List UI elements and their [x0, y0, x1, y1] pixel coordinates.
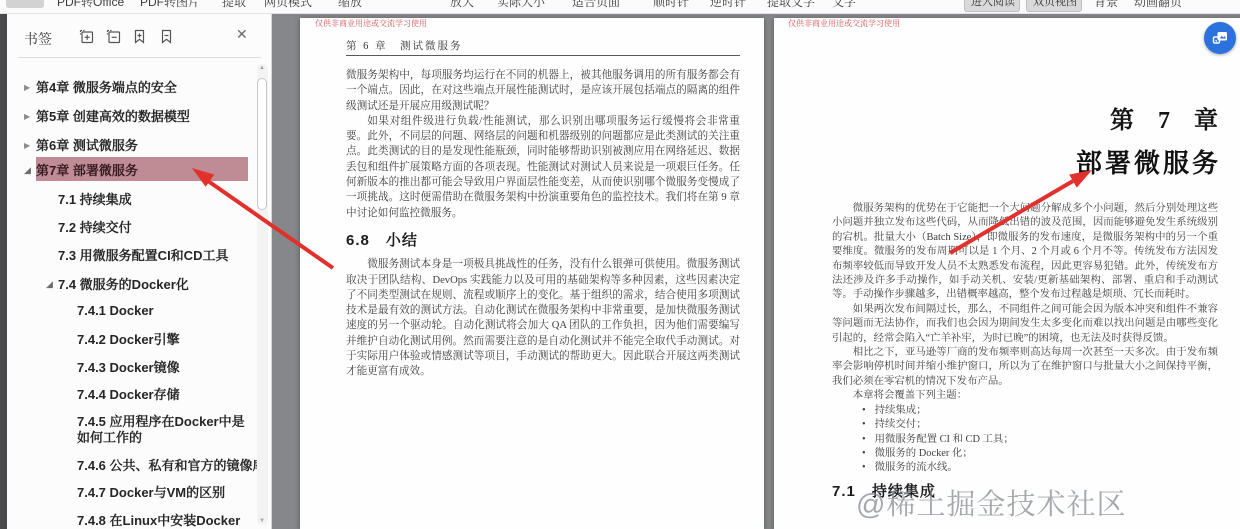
- floating-image-tool-button[interactable]: [1204, 22, 1236, 54]
- topic-item: 持续交付；: [862, 418, 1218, 432]
- topics-intro: 本章将会覆盖下列主题：: [832, 389, 1218, 403]
- remove-bookmark-icon[interactable]: [158, 28, 175, 45]
- toolbar-two-page-view-button[interactable]: 双页视图: [1026, 0, 1082, 12]
- image-translate-icon: [1211, 29, 1229, 47]
- sidebar-item-chapter6[interactable]: 第6章 测试微服务: [7, 134, 138, 154]
- toolbar-zoom[interactable]: 缩放: [338, 0, 362, 10]
- expand-all-icon[interactable]: [78, 28, 95, 45]
- sidebar-item-7-4-1[interactable]: 7.4.1 Docker: [7, 300, 154, 320]
- toolbar-enter-read-button[interactable]: 进入阅读: [964, 0, 1020, 12]
- toolbar-pdf-to-image[interactable]: PDF转图片: [140, 0, 200, 10]
- add-bookmark-icon[interactable]: [131, 28, 148, 45]
- paragraph: 如果对组件级进行负载/性能测试，那么识别出哪项服务运行缓慢将会非常重要。此外，不…: [346, 114, 740, 221]
- window-edge-strip: [0, 14, 7, 529]
- sidebar-item-7-4-8[interactable]: 7.4.8 在Linux中安装Docker: [7, 509, 240, 529]
- panel-divider: [18, 57, 261, 58]
- paragraph: 如果两次发布间隔过长，那么，不同组件之间可能会因为版本冲突和组件不兼容等问题而无…: [832, 303, 1218, 346]
- close-panel-icon[interactable]: [236, 26, 254, 44]
- paragraph: 相比之下，亚马逊等厂商的发布频率则高达每周一次甚至一天多次。由于发布频率会影响停…: [832, 346, 1218, 389]
- sidebar-item-7-2[interactable]: 7.2 持续交付: [7, 216, 132, 236]
- sidebar-item-7-3[interactable]: 7.3 用微服务配置CI和CD工具: [7, 244, 228, 264]
- toolbar-rotate-cw[interactable]: 顺时针: [653, 0, 689, 10]
- sidebar-item-chapter5[interactable]: 第5章 创建高效的数据模型: [7, 105, 190, 125]
- page-watermark-red: 仅供非商业用途或交流学习使用: [788, 18, 900, 29]
- sidebar-item-7-1[interactable]: 7.1 持续集成: [7, 188, 132, 208]
- pdf-page-right: 仅供非商业用途或交流学习使用 第 7 章 部署微服务 微服务架构的优势在于它能把…: [774, 18, 1240, 529]
- sidebar-item-chapter7-selected[interactable]: 第7章 部署微服务: [36, 157, 248, 181]
- toolbar-extract[interactable]: 提取: [222, 0, 246, 10]
- top-toolbar: PDF转Office PDF转图片 提取 网页模式 缩放 放大 实际大小 适合页…: [0, 0, 1240, 14]
- toolbar-rotate-ccw[interactable]: 逆时针: [710, 0, 746, 10]
- toolbar-tab-button[interactable]: [6, 0, 44, 8]
- topic-item: 微服务的流水线。: [862, 461, 1218, 475]
- toolbar-extract-text[interactable]: 提取文字: [767, 0, 815, 10]
- paragraph: 微服务架构中，每项服务均运行在不同的机器上，被其他服务调用的所有服务都会有一个端…: [346, 68, 740, 114]
- toolbar-web-mode[interactable]: 网页模式: [264, 0, 312, 10]
- toolbar-actual-size[interactable]: 实际大小: [497, 0, 545, 10]
- chevron-right-icon[interactable]: [24, 135, 36, 153]
- paragraph: 微服务测试本身是一项极具挑战性的任务，没有什么银弹可供使用。微服务测试取决于团队…: [346, 257, 740, 379]
- chevron-expanded-icon[interactable]: [46, 274, 58, 292]
- sidebar-scrollbar[interactable]: [257, 64, 268, 525]
- topic-item: 微服务的 Docker 化；: [862, 447, 1218, 461]
- collapse-all-icon[interactable]: [105, 28, 122, 45]
- sidebar-item-chapter4[interactable]: 第4章 微服务端点的安全: [7, 76, 177, 96]
- toolbar-page-flip-animation[interactable]: 动画翻页: [1134, 0, 1182, 10]
- bookmarks-panel-title: 书签: [24, 29, 52, 49]
- sidebar-item-7-4-3[interactable]: 7.4.3 Docker镜像: [7, 356, 180, 376]
- toolbar-zoom-in[interactable]: 放大: [450, 0, 474, 10]
- sidebar-item-7-4-2[interactable]: 7.4.2 Docker引擎: [7, 328, 180, 348]
- sidebar-item-7-4-6[interactable]: 7.4.6 公共、私有和官方的镜像库: [7, 454, 266, 474]
- toolbar-text[interactable]: 文字: [832, 0, 856, 10]
- toolbar-fit-page[interactable]: 适合页面: [572, 0, 620, 10]
- bookmarks-panel: 书签 第4章 微服务端点的安全 第5章 创建高效的数据模型: [7, 14, 272, 529]
- running-header: 第 6 章 测试微服务: [346, 38, 463, 53]
- topics-list: 持续集成； 持续交付； 用微服务配置 CI 和 CD 工具； 微服务的 Dock…: [862, 404, 1218, 476]
- chevron-expanded-icon[interactable]: [24, 160, 36, 178]
- page-watermark-red: 仅供非商业用途或交流学习使用: [315, 18, 427, 29]
- chevron-right-icon[interactable]: [24, 77, 36, 95]
- juejin-community-watermark: @稀土掘金技术社区: [856, 482, 1126, 523]
- header-rule: [346, 55, 740, 56]
- paragraph: 微服务架构的优势在于它能把一个大问题分解成多个小问题，然后分别处理这些小问题并独…: [832, 202, 1218, 303]
- toolbar-background[interactable]: 背景: [1094, 0, 1118, 10]
- sidebar-item-7-4[interactable]: 7.4 微服务的Docker化: [7, 273, 189, 293]
- sidebar-item-7-4-4[interactable]: 7.4.4 Docker存储: [7, 383, 180, 403]
- topic-item: 持续集成；: [862, 404, 1218, 418]
- section-heading-6-8: 6.8 小结: [346, 233, 740, 248]
- chapter-title: 部署微服务: [1076, 143, 1221, 180]
- sidebar-item-7-4-7[interactable]: 7.4.7 Docker与VM的区别: [7, 481, 225, 501]
- scrollbar-thumb[interactable]: [257, 78, 267, 210]
- topic-item: 用微服务配置 CI 和 CD 工具；: [862, 433, 1218, 447]
- chapter-number: 第 7 章: [1076, 100, 1227, 135]
- sidebar-item-7-4-5[interactable]: 7.4.5 应用程序在Docker中是如何工作的: [7, 412, 253, 448]
- toolbar-pdf-to-office[interactable]: PDF转Office: [57, 0, 124, 10]
- chevron-right-icon[interactable]: [24, 106, 36, 124]
- pdf-page-left: 仅供非商业用途或交流学习使用 第 6 章 测试微服务 微服务架构中，每项服务均运…: [300, 18, 764, 529]
